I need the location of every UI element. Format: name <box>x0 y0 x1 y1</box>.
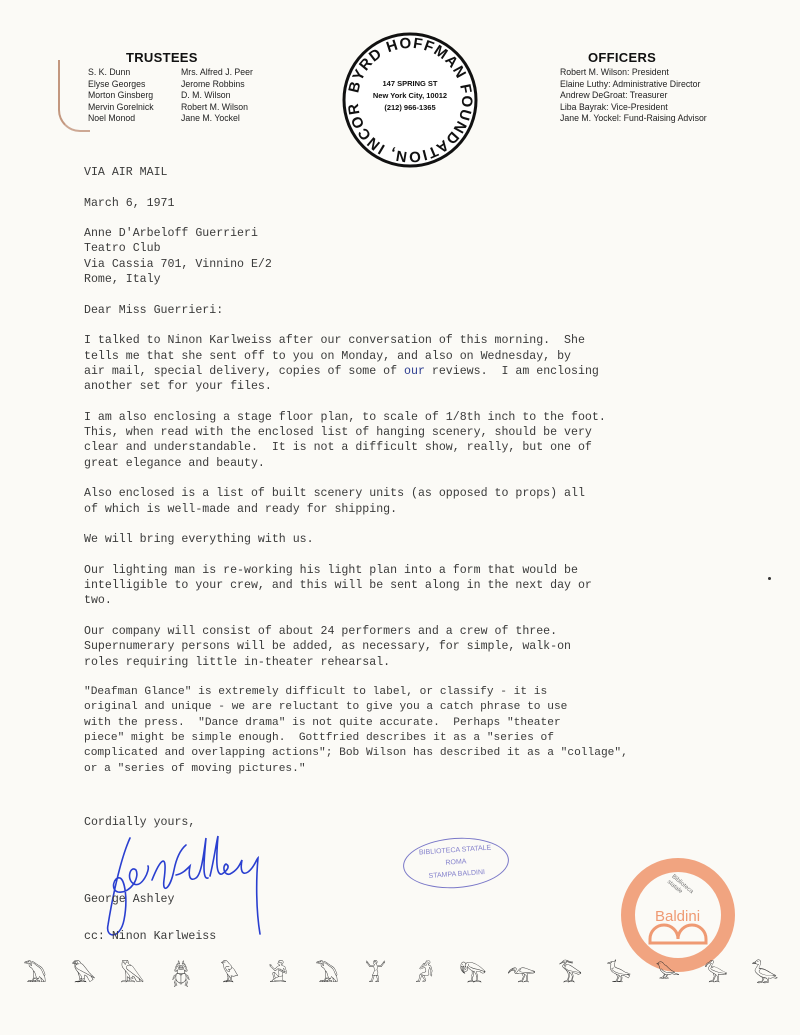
paragraph-3: Also enclosed is a list of built scenery… <box>84 486 764 517</box>
ink-dot <box>768 577 771 580</box>
trustee-name: Jane M. Yockel <box>181 113 253 125</box>
trustee-name: Jerome Robbins <box>181 79 253 91</box>
officer-entry: Robert M. Wilson: President <box>560 67 772 79</box>
reclining-bird-icon: 𓅱 <box>215 960 245 990</box>
hieroglyph-border: 𓅐𓅃𓅓𓆣𓅱𓀀𓅐𓀠𓀔𓅟𓅠𓅣𓅚𓅪𓅞𓅭 <box>20 960 800 1000</box>
small-bird-icon: 𓅪 <box>653 960 683 990</box>
seal-address: 147 SPRING ST New York City, 10012 (212)… <box>340 78 480 114</box>
cc-line: cc: Ninon Karlweiss <box>84 930 216 943</box>
letter-page: TRUSTEES S. K. DunnElyse GeorgesMorton G… <box>0 0 800 1035</box>
officers-list: Robert M. Wilson: PresidentElaine Luthy:… <box>560 67 790 125</box>
trustee-name: S. K. Dunn <box>88 67 154 79</box>
three-birds-icon: 𓅚 <box>604 960 634 990</box>
recipient-address: Anne D'Arbeloff Guerrieri Teatro Club Vi… <box>84 226 764 287</box>
officer-entry: Liba Bayrak: Vice-President <box>560 102 772 114</box>
officers-title: OFFICERS <box>588 50 790 65</box>
logo-name: Baldini <box>655 908 700 925</box>
trustees-block: TRUSTEES S. K. DunnElyse GeorgesMorton G… <box>88 50 318 125</box>
paragraph-2: I am also enclosing a stage floor plan, … <box>84 410 764 471</box>
trustees-column-1: S. K. DunnElyse GeorgesMorton GinsbergMe… <box>88 67 159 125</box>
closing: Cordially yours, <box>84 815 195 830</box>
letter-body: VIA AIR MAIL March 6, 1971 Anne D'Arbelo… <box>84 165 764 792</box>
flamingo-icon: 𓅟 <box>458 960 488 990</box>
winged-beetle-icon: 𓆣 <box>166 960 196 990</box>
vulture-icon: 𓅐 <box>20 960 50 990</box>
blue-ink-word: our <box>404 365 425 378</box>
trustees-title: TRUSTEES <box>126 50 318 65</box>
salutation: Dear Miss Guerrieri: <box>84 303 764 318</box>
trustee-name: Mervin Gorelnick <box>88 102 154 114</box>
rust-stain <box>58 60 90 132</box>
trustee-name: Noel Monod <box>88 113 154 125</box>
signer-name: George Ashley <box>84 893 174 906</box>
paragraph-5: Our lighting man is re-working his light… <box>84 563 764 609</box>
paragraph-4: We will bring everything with us. <box>84 532 764 547</box>
vulture-icon: 𓅐 <box>312 960 342 990</box>
trustee-name: Mrs. Alfred J. Peer <box>181 67 253 79</box>
paragraph-1: I talked to Ninon Karlweiss after our co… <box>84 333 764 394</box>
paragraph-7: "Deafman Glance" is extremely difficult … <box>84 685 764 777</box>
seated-figure-icon: 𓀀 <box>263 960 293 990</box>
heron-icon: 𓅣 <box>555 960 585 990</box>
officer-entry: Elaine Luthy: Administrative Director <box>560 79 772 91</box>
seal-city: New York City, 10012 <box>340 90 480 102</box>
nest-icon: 𓅠 <box>507 960 537 990</box>
owl-icon: 𓅓 <box>117 960 147 990</box>
dancing-figure-icon: 𓀠 <box>361 960 391 990</box>
letter-date: March 6, 1971 <box>84 196 764 211</box>
paragraph-6: Our company will consist of about 24 per… <box>84 624 764 670</box>
trustees-column-2: Mrs. Alfred J. PeerJerome RobbinsD. M. W… <box>181 67 259 125</box>
delivery-method: VIA AIR MAIL <box>84 165 764 180</box>
seal-street: 147 SPRING ST <box>340 78 480 90</box>
seal-phone: (212) 966-1365 <box>340 102 480 114</box>
trustee-name: D. M. Wilson <box>181 90 253 102</box>
officer-entry: Jane M. Yockel: Fund-Raising Advisor <box>560 113 772 125</box>
officer-entry: Andrew DeGroat: Treasurer <box>560 90 772 102</box>
crouching-figure-icon: 𓀔 <box>409 960 439 990</box>
duck-icon: 𓅭 <box>750 960 780 990</box>
trustee-name: Morton Ginsberg <box>88 90 154 102</box>
library-stamp: BIBLIOTECA STATALE ROMA STAMPA BALDINI <box>401 834 510 891</box>
falcon-icon: 𓅃 <box>69 960 99 990</box>
officers-block: OFFICERS Robert M. Wilson: PresidentElai… <box>560 50 790 125</box>
ibis-icon: 𓅞 <box>701 960 731 990</box>
trustee-name: Elyse Georges <box>88 79 154 91</box>
handwritten-signature <box>90 830 270 940</box>
trustee-name: Robert M. Wilson <box>181 102 253 114</box>
